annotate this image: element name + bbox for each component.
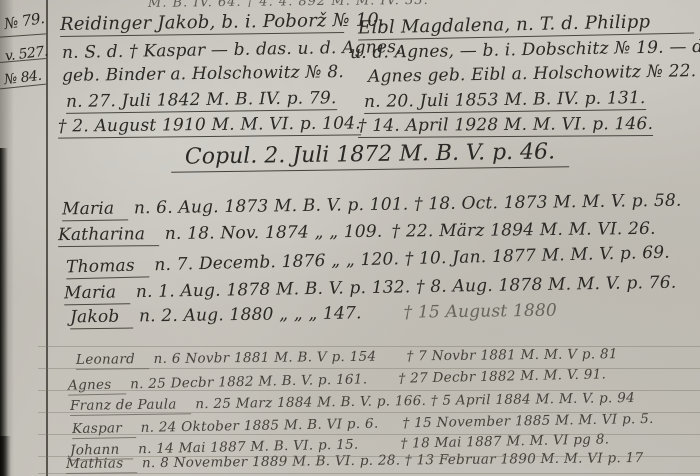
- child-death-record: † 27 Decbr 1882 M. M. V. 91.: [398, 366, 606, 386]
- child-death-record: † 13 Februar 1890 M. M. VI p. 17: [405, 450, 644, 468]
- marriage-record-text: Copul. 2. Juli 1872 M. B. V. p. 46.: [171, 139, 569, 173]
- bride-line: n. 20. Juli 1853 M. B. IV. p. 131.: [364, 88, 646, 112]
- ruled-baseline: [38, 368, 700, 369]
- child-record-row: Thomas n. 7. Decemb. 1876 „ „ 120. † 10.…: [66, 243, 670, 278]
- child-death-record: † 15 August 1880: [403, 301, 557, 323]
- child-birth-record: n. 18. Nov. 1874 „ „ 109.: [165, 222, 383, 244]
- marriage-record-line: Copul. 2. Juli 1872 M. B. V. p. 46.: [150, 139, 590, 170]
- ruled-baseline: [38, 412, 700, 413]
- child-name: Maria: [64, 282, 131, 305]
- margin-vertical-rule: [46, 0, 48, 476]
- bride-line: Agnes geb. Eibl a. Holschowitz № 22.: [368, 61, 697, 87]
- child-record-row: Franz de Paula n. 25 Marz 1884 M. B. V. …: [70, 390, 635, 414]
- child-death-record: † 8. Aug. 1878 M. M. V. p. 76.: [416, 273, 677, 298]
- child-birth-block: Maria n. 1. Aug. 1878 M. B. V. p. 132.: [64, 277, 411, 303]
- child-record-row: Jakob n. 2. Aug. 1880 „ „ „ 147. † 15 Au…: [70, 301, 557, 328]
- child-birth-block: Franz de Paula n. 25 Marz 1884 M. B. V. …: [70, 393, 426, 414]
- child-birth-block: Maria n. 6. Aug. 1873 M. B. V. p. 101.: [62, 194, 409, 219]
- ruled-baseline: [38, 434, 700, 435]
- child-death-record: † 7 Novbr 1881 M. M. V p. 81: [407, 346, 618, 364]
- child-birth-record: n. 25 Marz 1884 M. B. V. p. 166.: [195, 393, 426, 412]
- child-record-row: Maria n. 1. Aug. 1878 M. B. V. p. 132. †…: [64, 273, 677, 304]
- groom-line: † 2. August 1910 M. M. VI. p. 104.: [58, 113, 361, 136]
- child-birth-record: n. 2. Aug. 1880 „ „ „ 147.: [139, 303, 362, 326]
- ruled-baseline: [38, 346, 700, 347]
- child-death-record: † 22. März 1894 M. M. VI. 26.: [392, 219, 656, 242]
- child-birth-record: n. 6. Aug. 1873 M. B. V. p. 101.: [134, 194, 409, 218]
- child-record-row: Leonard n. 6 Novbr 1881 M. B. V p. 154 †…: [76, 346, 618, 368]
- ruled-baseline: [38, 390, 700, 391]
- groom-line: n. 27. Juli 1842 M. B. IV. p. 79.: [66, 88, 337, 112]
- child-birth-record: n. 6 Novbr 1881 M. B. V p. 154: [154, 349, 377, 367]
- child-birth-block: Leonard n. 6 Novbr 1881 M. B. V p. 154: [76, 348, 402, 367]
- child-birth-block: Katharina n. 18. Nov. 1874 „ „ 109.: [58, 222, 386, 245]
- child-name: Katharina: [58, 224, 159, 247]
- groom-line: geb. Binder a. Holschowitz № 8.: [62, 62, 344, 86]
- child-name: Mathias: [66, 455, 138, 474]
- bride-line: u. d. Agnes, — b. i. Dobschitz № 19. — d…: [350, 37, 700, 63]
- register-page-scan: № 79.v. 527.№ 84. M. B. IV. 64. † 4. 4. …: [0, 0, 700, 476]
- child-name: Thomas: [66, 255, 149, 279]
- child-death-record: † 10. Jan. 1877 M. M. V. p. 69.: [404, 243, 670, 269]
- child-name: Maria: [62, 198, 129, 221]
- child-name: Jakob: [70, 307, 134, 330]
- child-name: Agnes: [68, 376, 126, 395]
- child-birth-block: Jakob n. 2. Aug. 1880 „ „ „ 147.: [70, 303, 398, 328]
- child-birth-record: n. 7. Decemb. 1876 „ „ 120.: [154, 249, 399, 275]
- child-record-row: Maria n. 6. Aug. 1873 M. B. V. p. 101. †…: [62, 191, 682, 220]
- bride-line: Eibl Magdalena, n. T. d. Philipp: [358, 10, 694, 40]
- groom-line: Reidinger Jakob, b. i. Poborž № 10.: [60, 10, 344, 37]
- ruled-baseline: [38, 473, 700, 474]
- child-death-record: † 15 November 1885 M. M. VI p. 5.: [402, 411, 653, 431]
- child-record-row: Katharina n. 18. Nov. 1874 „ „ 109. † 22…: [58, 219, 656, 245]
- child-death-record: † 18. Oct. 1873 M. M. V. p. 58.: [414, 191, 682, 215]
- child-name: Kaspar: [72, 420, 136, 439]
- previous-entry-fragment: M. B. IV. 64. † 4. 4. 892 M. M. IV. 33.: [148, 0, 688, 11]
- ruled-baseline: [38, 456, 700, 457]
- scan-edge-dark: [0, 148, 8, 476]
- child-death-record: † 5 April 1884 M. M. V. p. 94: [431, 390, 635, 409]
- child-birth-record: n. 1. Aug. 1878 M. B. V. p. 132.: [136, 277, 411, 302]
- child-birth-block: Thomas n. 7. Decemb. 1876 „ „ 120.: [66, 249, 400, 277]
- child-birth-record: n. 24 Oktober 1885 M. B. VI p. 6.: [141, 416, 379, 436]
- bride-line: † 14. April 1928 M. M. VI. p. 146.: [358, 114, 653, 136]
- scan-edge-corner: [0, 436, 11, 476]
